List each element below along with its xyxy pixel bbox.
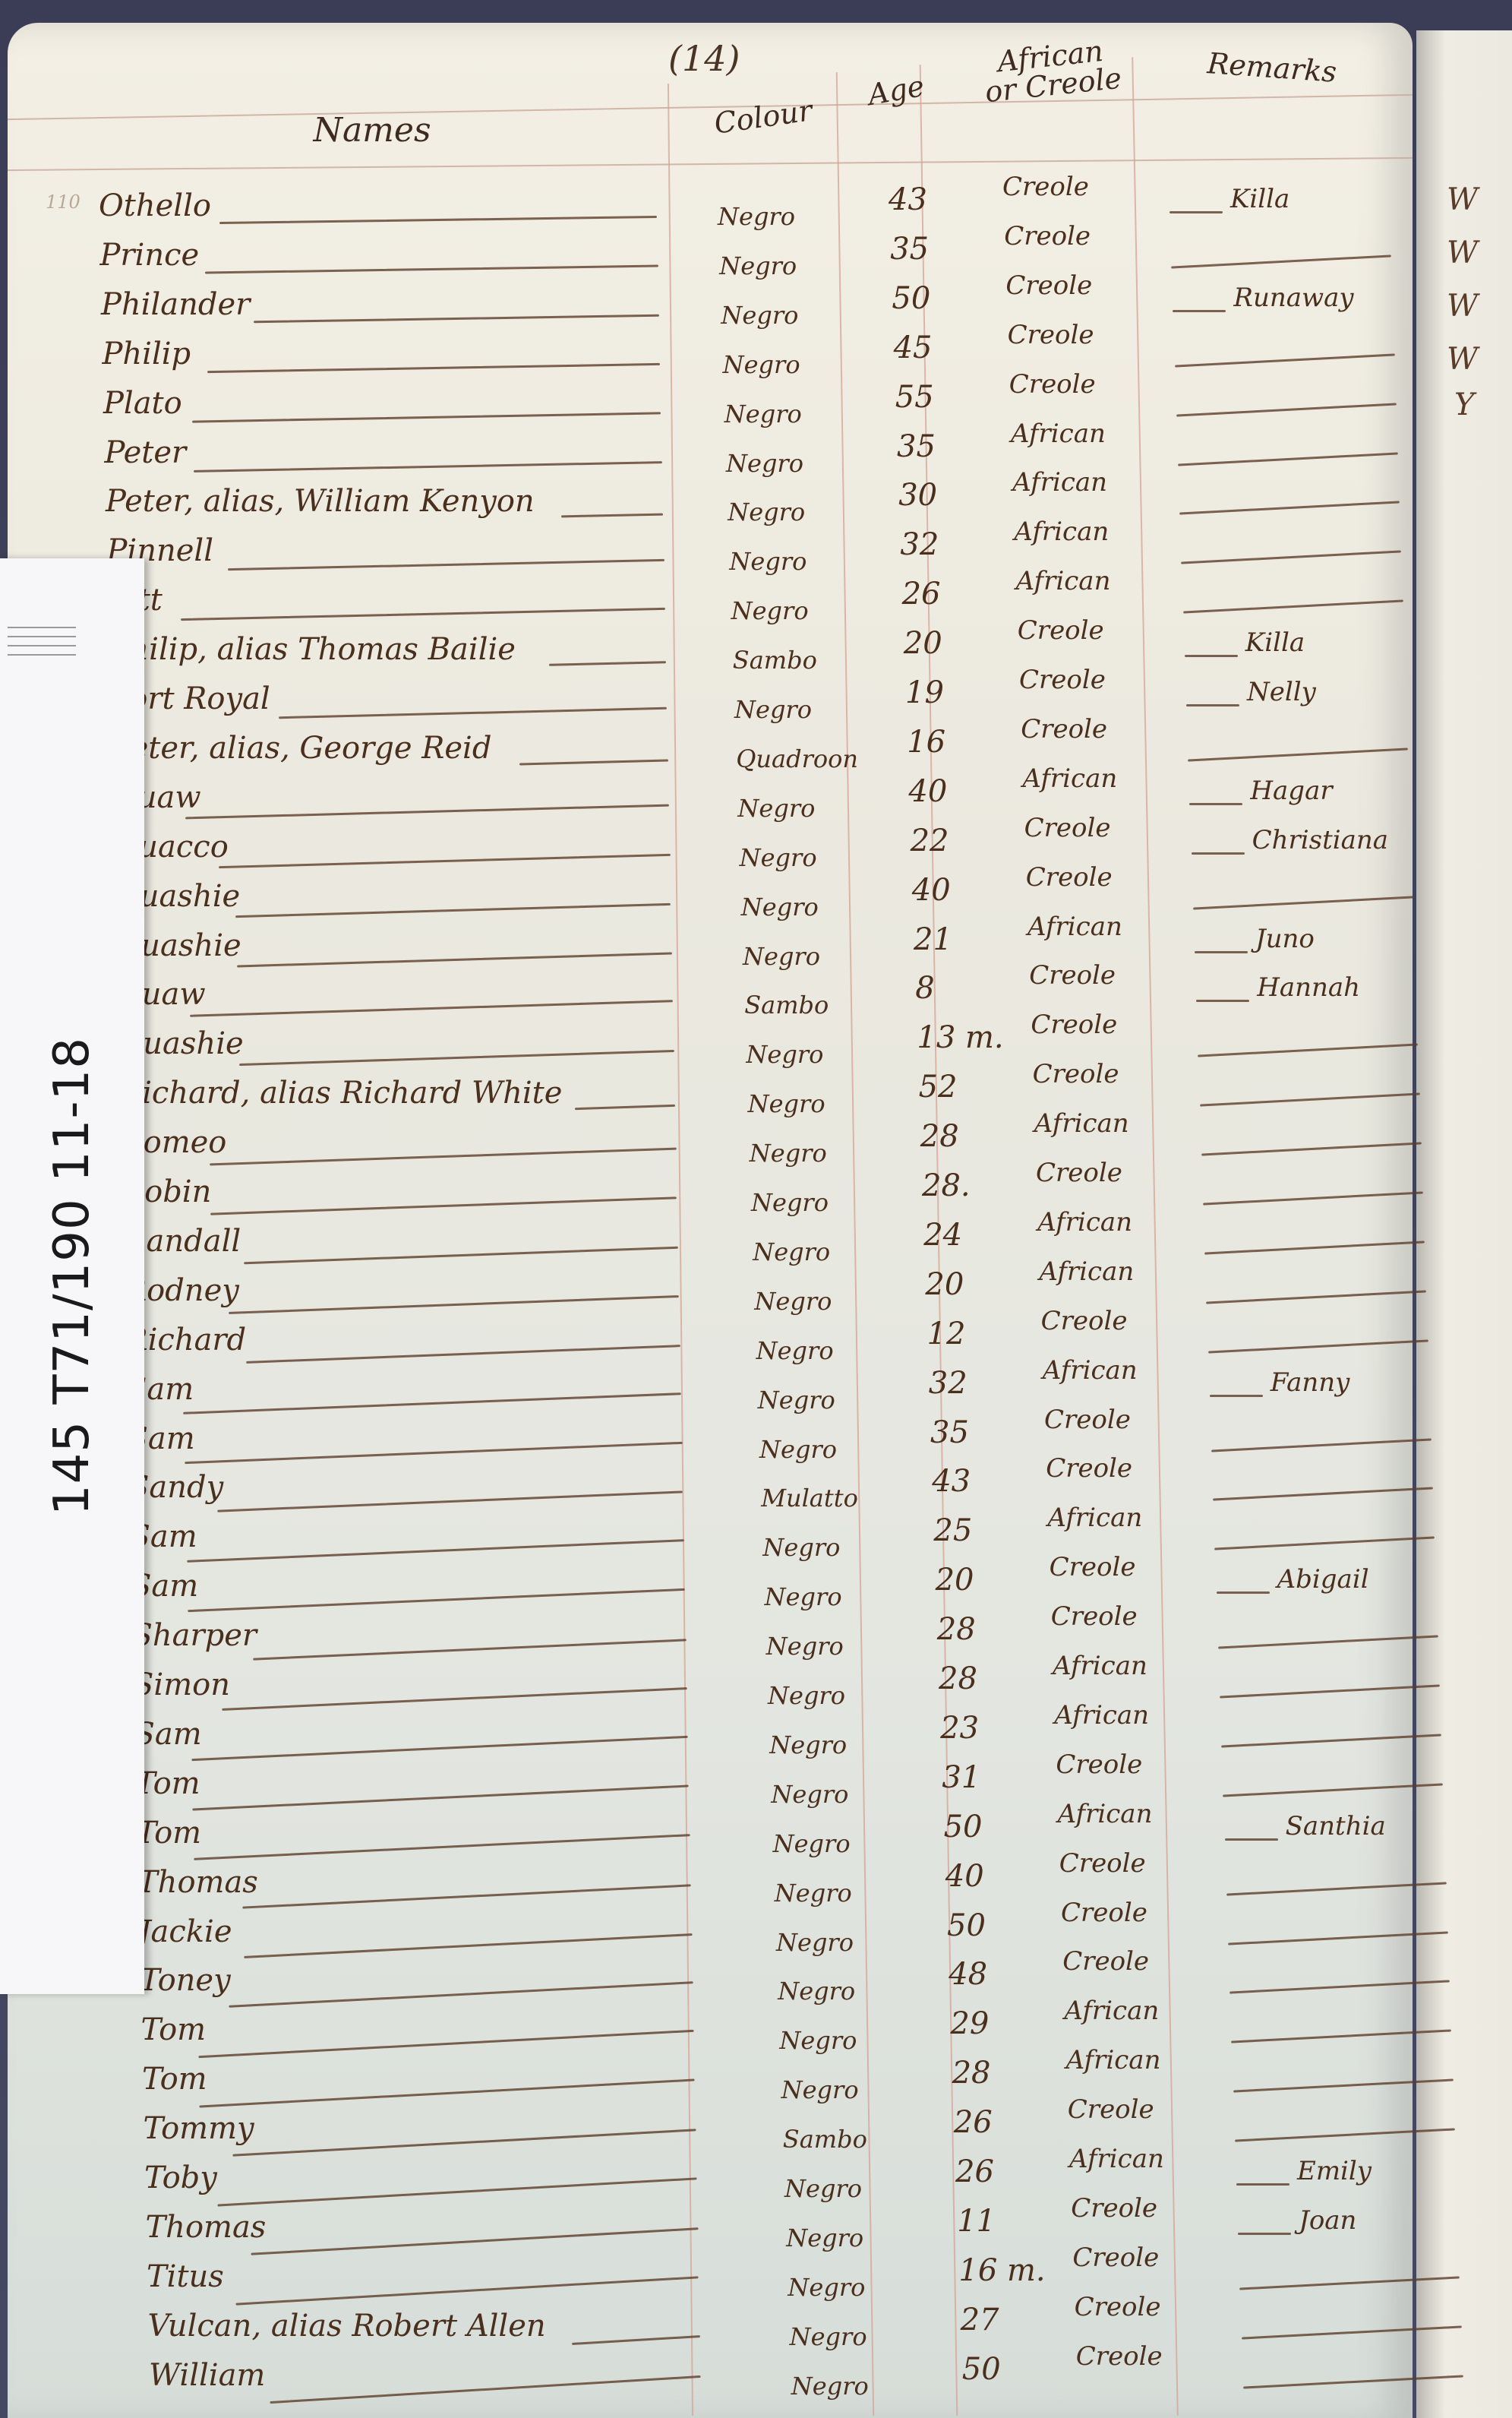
entry-origin: African <box>1016 566 1111 596</box>
name-rule-dash <box>194 1834 690 1860</box>
entry-origin: African <box>1022 763 1117 794</box>
remarks-rule-dash <box>1185 655 1238 657</box>
entry-origin: Creole <box>1041 1306 1128 1336</box>
page-number: (14) <box>668 38 740 79</box>
entry-origin: Creole <box>1031 1010 1117 1040</box>
entry-age: 30 <box>898 478 937 513</box>
remarks-rule-dash <box>1183 600 1403 614</box>
entry-age: 26 <box>954 2105 993 2140</box>
entry-name: Jackie <box>139 1914 232 1949</box>
table-row: Peter, alias, William KenyonNegro30Afric… <box>0 484 1405 533</box>
entry-origin: Creole <box>1021 714 1107 744</box>
table-row: SamNegro25African <box>0 1519 1405 1568</box>
entry-age: 35 <box>930 1415 969 1450</box>
table-row: QuaccoNegro22CreoleChristiana <box>0 830 1405 878</box>
table-row: PinnellNegro32African <box>0 533 1405 582</box>
entry-colour: Negro <box>743 942 820 971</box>
table-row: TomNegro31Creole <box>0 1766 1405 1815</box>
entry-age: 32 <box>900 527 939 562</box>
name-rule-dash <box>572 2335 700 2345</box>
name-rule-dash <box>561 514 663 518</box>
entry-origin: African <box>1034 1108 1129 1139</box>
entry-colour: Negro <box>762 1533 840 1562</box>
name-rule-dash <box>217 1491 683 1512</box>
table-row: TomNegro50AfricanSanthia <box>0 1816 1405 1864</box>
entry-colour: Negro <box>788 2273 865 2302</box>
entry-origin: African <box>1014 517 1109 547</box>
name-rule-dash <box>239 1050 674 1066</box>
entry-origin: Creole <box>1076 2341 1163 2372</box>
facing-page-edge: W W W W Y <box>1416 30 1512 2418</box>
entry-name: Philip, alias Thomas Bailie <box>109 632 516 667</box>
entry-remarks: Emily <box>1297 2156 1372 2186</box>
name-rule-dash <box>207 363 660 373</box>
table-row: SamNegro32AfricanFanny <box>0 1372 1405 1421</box>
entry-colour: Negro <box>740 843 817 872</box>
entry-origin: African <box>1064 1996 1159 2026</box>
table-row: Peter, alias, George ReidQuadroon16Creol… <box>0 731 1405 779</box>
entry-age: 43 <box>889 182 927 217</box>
entry-age: 12 <box>927 1316 966 1351</box>
remarks-rule-dash <box>1193 896 1413 909</box>
entry-age: 27 <box>961 2303 999 2337</box>
entry-age: 48 <box>949 1957 987 1992</box>
remarks-rule-dash <box>1195 951 1248 953</box>
entry-colour: Negro <box>731 596 809 625</box>
remarks-rule-dash <box>1225 1838 1278 1841</box>
entry-origin: Creole <box>1061 1898 1147 1928</box>
name-rule-dash <box>246 1345 680 1364</box>
entry-colour: Negro <box>746 1040 823 1069</box>
entry-origin: Creole <box>1004 221 1091 251</box>
entry-origin: Creole <box>1075 2292 1161 2322</box>
remarks-rule-dash <box>1192 852 1245 855</box>
name-rule-dash <box>191 1736 688 1761</box>
entry-colour: Negro <box>776 1928 854 1957</box>
remarks-rule-dash <box>1198 1044 1419 1057</box>
remarks-rule-dash <box>1171 254 1391 268</box>
entry-age: 28 <box>952 2056 991 2091</box>
entry-origin: Creole <box>1051 1601 1138 1632</box>
entry-age: 28. <box>922 1168 971 1203</box>
entry-age: 50 <box>944 1810 983 1844</box>
entry-colour: Negro <box>721 301 798 330</box>
table-row: RichardNegro12Creole <box>0 1323 1405 1371</box>
entry-age: 45 <box>894 330 933 365</box>
name-rule-dash <box>229 1295 679 1314</box>
remarks-rule-dash <box>1213 1487 1433 1501</box>
table-row: JackieNegro50Creole <box>0 1914 1405 1963</box>
name-rule-dash <box>254 314 659 324</box>
entry-colour: Negro <box>765 1582 842 1611</box>
remarks-rule-dash <box>1182 551 1402 564</box>
archive-label: 145 T71/190 11-18 <box>0 558 144 1994</box>
entry-colour: Negro <box>728 498 805 526</box>
name-rule-dash <box>251 2227 698 2255</box>
table-row: ToneyNegro48Creole <box>0 1963 1405 2012</box>
entry-colour: Negro <box>748 1089 825 1118</box>
entry-colour: Negro <box>758 1386 835 1414</box>
table-row: PittNegro26African <box>0 583 1405 631</box>
entry-colour: Negro <box>723 350 800 379</box>
entry-remarks: Hagar <box>1250 776 1332 806</box>
entry-colour: Negro <box>741 893 819 921</box>
remarks-rule-dash <box>1236 2183 1289 2186</box>
entry-origin: Creole <box>1008 320 1094 350</box>
remarks-rule-dash <box>1238 2233 1291 2235</box>
entry-age: 25 <box>933 1513 972 1548</box>
entry-origin: African <box>1069 2144 1164 2174</box>
name-rule-dash <box>242 1884 690 1908</box>
name-rule-dash <box>235 902 671 917</box>
remarks-rule-dash <box>1200 1093 1420 1107</box>
entry-remarks: Killa <box>1245 627 1305 658</box>
entry-remarks: Santhia <box>1286 1811 1386 1841</box>
remarks-rule-dash <box>1201 1143 1422 1156</box>
entry-age: 20 <box>904 626 942 661</box>
table-row: RomeoNegro28African <box>0 1125 1405 1174</box>
entry-age: 16 m. <box>958 2253 1045 2288</box>
entry-age: 40 <box>912 873 951 908</box>
entry-name: Sharper <box>132 1618 257 1653</box>
entry-age: 24 <box>923 1218 962 1253</box>
entry-age: 43 <box>932 1464 971 1499</box>
table-row: ThomasNegro11CreoleJoan <box>0 2210 1405 2258</box>
name-rule-dash <box>198 2030 694 2058</box>
entry-origin: African <box>1027 912 1122 942</box>
column-header-names: Names <box>273 114 471 147</box>
table-row: SandyMulatto43Creole <box>0 1470 1405 1519</box>
label-tick-marks <box>8 627 84 663</box>
entry-name: Peter <box>105 435 187 470</box>
table-row: QuawSambo8CreoleHannah <box>0 977 1405 1026</box>
entry-colour: Negro <box>750 1139 827 1168</box>
entry-origin: Creole <box>1044 1405 1131 1435</box>
entry-origin: Creole <box>1005 270 1092 301</box>
remarks-rule-dash <box>1170 211 1223 213</box>
entry-age: 26 <box>902 577 941 612</box>
facing-page-fragment: W <box>1447 342 1478 377</box>
entry-colour: Negro <box>726 449 803 478</box>
entry-origin: African <box>1039 1256 1134 1287</box>
remarks-rule-dash <box>1207 1290 1427 1304</box>
table-row: TitusNegro16 m.Creole <box>0 2259 1405 2308</box>
name-rule-dash <box>194 461 662 473</box>
table-row: SamNegro23African <box>0 1717 1405 1765</box>
entry-origin: Creole <box>1019 665 1106 695</box>
entry-age: 11 <box>957 2204 996 2239</box>
entry-colour: Negro <box>781 2075 859 2104</box>
entry-origin: Creole <box>1062 1946 1149 1977</box>
entry-colour: Sambo <box>733 646 817 675</box>
remarks-rule-dash <box>1215 1537 1435 1550</box>
entry-origin: Creole <box>1059 1848 1146 1879</box>
remarks-rule-dash <box>1211 1438 1432 1452</box>
table-row: RodneyNegro20African <box>0 1273 1405 1322</box>
entry-age: 50 <box>892 281 930 316</box>
entry-origin: Creole <box>1009 369 1096 400</box>
entry-age: 28 <box>937 1612 976 1647</box>
entry-age: 23 <box>940 1711 979 1746</box>
entry-colour: Negro <box>771 1780 848 1809</box>
table-row: PlatoNegro55Creole <box>0 386 1405 435</box>
entry-colour: Negro <box>751 1188 829 1217</box>
name-rule-dash <box>192 412 661 422</box>
entry-age: 19 <box>905 675 944 710</box>
remarks-rule-dash <box>1203 1191 1423 1205</box>
entry-age: 28 <box>920 1119 959 1154</box>
entry-origin: Creole <box>1068 2094 1154 2125</box>
entry-colour: Mulatto <box>761 1484 858 1512</box>
entry-age: 8 <box>915 971 934 1006</box>
entry-origin: Creole <box>1029 960 1116 991</box>
entry-colour: Negro <box>753 1237 830 1266</box>
entry-colour: Negro <box>778 1977 855 2006</box>
remarks-rule-dash <box>1188 748 1408 761</box>
table-row: WilliamNegro50Creole <box>0 2358 1405 2407</box>
name-rule-dash <box>219 853 671 868</box>
remarks-rule-dash <box>1173 310 1226 312</box>
entry-age: 32 <box>929 1366 967 1401</box>
entry-remarks: Christiana <box>1252 825 1388 855</box>
entry-name: Othello <box>99 188 211 223</box>
table-row: PeterNegro35African <box>0 435 1405 484</box>
entry-colour: Sambo <box>783 2125 867 2154</box>
name-rule-dash <box>192 1784 689 1810</box>
entry-name: Tom <box>141 2012 207 2047</box>
name-rule-dash <box>279 707 667 719</box>
table-row: TomNegro28African <box>0 2062 1405 2110</box>
entry-colour: Negro <box>759 1435 837 1464</box>
entry-age: 35 <box>890 232 929 267</box>
entry-origin: Creole <box>1046 1453 1132 1484</box>
entry-origin: African <box>1058 1799 1153 1829</box>
name-rule-dash <box>183 1392 680 1414</box>
facing-page-fragment: Y <box>1454 387 1474 422</box>
name-rule-dash <box>237 952 672 967</box>
entry-remarks: Runaway <box>1233 283 1353 313</box>
entry-name: Toney <box>140 1963 231 1998</box>
entry-name: Peter, alias, George Reid <box>112 731 492 766</box>
entry-origin: Creole <box>1033 1059 1119 1089</box>
entry-origin: African <box>1012 467 1107 498</box>
entry-origin: Creole <box>1002 172 1089 202</box>
entry-colour: Negro <box>724 400 802 428</box>
name-rule-dash <box>228 559 664 571</box>
entry-age: 50 <box>962 2352 1001 2387</box>
remarks-rule-dash <box>1217 1591 1270 1594</box>
entry-age: 26 <box>955 2154 994 2189</box>
name-rule-dash <box>222 1687 687 1711</box>
entry-age: 35 <box>897 429 936 464</box>
name-rule-dash <box>519 759 668 765</box>
entry-name: William <box>149 2358 265 2393</box>
entry-age: 21 <box>914 922 952 957</box>
name-rule-dash <box>185 804 669 819</box>
entry-colour: Sambo <box>744 991 829 1019</box>
table-row: TobyNegro26AfricanEmily <box>0 2160 1405 2209</box>
entry-age: 16 <box>907 725 945 760</box>
table-row: SharperNegro28Creole <box>0 1618 1405 1667</box>
remarks-rule-dash <box>1210 1395 1263 1397</box>
entry-age: 31 <box>942 1760 980 1795</box>
entry-remarks: Juno <box>1255 924 1315 954</box>
facing-page-fragment: W <box>1447 289 1478 324</box>
entry-origin: Creole <box>1050 1552 1136 1582</box>
name-rule-dash <box>244 1933 692 1958</box>
table-row: OthelloNegro43CreoleKilla <box>0 188 1405 237</box>
entry-colour: Negro <box>766 1632 844 1661</box>
archive-reference: 145 T71/190 11-18 <box>44 1037 100 1516</box>
entry-name: Philander <box>101 287 250 322</box>
entry-name: Vulcan, alias Robert Allen <box>148 2309 546 2344</box>
name-rule-dash <box>219 216 657 224</box>
entry-name: Prince <box>100 238 200 273</box>
name-rule-dash <box>244 1247 678 1265</box>
entry-remarks: Killa <box>1230 184 1289 214</box>
entry-age: 20 <box>925 1267 964 1302</box>
table-row: PhilipNegro45Creole <box>0 337 1405 385</box>
entry-colour: Negro <box>790 2322 867 2351</box>
entry-origin: African <box>1047 1503 1142 1533</box>
name-rule-dash <box>210 1196 677 1215</box>
entry-age: 50 <box>947 1908 986 1943</box>
entry-remarks: Nelly <box>1247 677 1316 707</box>
entry-age: 13 m. <box>917 1020 1003 1055</box>
remarks-rule-dash <box>1196 1000 1249 1002</box>
entry-origin: Creole <box>1056 1749 1142 1780</box>
entry-colour: Negro <box>718 202 795 231</box>
remarks-rule-dash <box>1176 403 1397 416</box>
entry-origin: African <box>1011 419 1106 449</box>
entry-remarks: Abigail <box>1277 1564 1369 1595</box>
remarks-rule-dash <box>1186 704 1239 706</box>
entry-colour: Negro <box>779 2026 857 2055</box>
entry-name: Tom <box>137 1816 202 1851</box>
entry-colour: Negro <box>719 251 797 280</box>
entry-origin: Creole <box>1036 1158 1122 1188</box>
name-rule-dash <box>575 1105 675 1110</box>
entry-name: Peter, alias, William Kenyon <box>106 484 535 519</box>
remarks-rule-dash <box>1178 452 1398 466</box>
entry-name: Thomas <box>146 2210 267 2245</box>
remarks-rule-dash <box>1179 501 1400 515</box>
table-row: SimonNegro28African <box>0 1667 1405 1716</box>
table-row: RobinNegro28.Creole <box>0 1174 1405 1223</box>
entry-age: 29 <box>950 2006 989 2041</box>
table-row: Philip, alias Thomas BailieSambo20Creole… <box>0 632 1405 681</box>
remarks-rule-dash <box>1175 353 1395 367</box>
entry-name: Tom <box>135 1766 200 1801</box>
table-row: QuashieNegro13 m.Creole <box>0 1026 1405 1075</box>
entry-name: Plato <box>103 386 182 421</box>
remarks-rule-dash <box>1204 1241 1425 1254</box>
facing-page-fragment: W <box>1447 182 1478 217</box>
table-row: Vulcan, alias Robert AllenNegro27Creole <box>0 2309 1405 2357</box>
entry-name: Toby <box>144 2160 217 2195</box>
table-row: RandallNegro24African <box>0 1224 1405 1272</box>
entry-colour: Negro <box>737 794 815 823</box>
table-row: Richard, alias Richard WhiteNegro52Creol… <box>0 1076 1405 1124</box>
remarks-rule-dash <box>1208 1339 1428 1353</box>
entry-age: 52 <box>919 1070 958 1105</box>
entry-age: 20 <box>936 1563 974 1598</box>
table-row: QuawNegro40AfricanHagar <box>0 780 1405 829</box>
entry-age: 28 <box>939 1661 977 1696</box>
entry-colour: Negro <box>734 695 812 724</box>
entry-colour: Negro <box>791 2372 869 2401</box>
entry-name: Thomas <box>137 1865 258 1900</box>
table-row: Port RoyalNegro19CreoleNelly <box>0 681 1405 730</box>
name-rule-dash <box>199 2079 694 2108</box>
entry-name: Tom <box>142 2062 207 2097</box>
remarks-rule-dash <box>1189 803 1242 805</box>
entry-remarks: Joan <box>1299 2205 1356 2236</box>
entry-colour: Negro <box>769 1731 847 1759</box>
name-rule-dash <box>548 661 665 666</box>
entry-origin: African <box>1066 2045 1161 2075</box>
name-rule-dash <box>205 264 658 273</box>
entry-colour: Quadroon <box>736 744 858 773</box>
entry-colour: Negro <box>754 1287 832 1316</box>
entry-colour: Negro <box>756 1336 834 1365</box>
name-rule-dash <box>188 1588 684 1612</box>
entry-origin: African <box>1043 1355 1138 1386</box>
entry-name: Tommy <box>144 2111 254 2146</box>
entry-origin: African <box>1053 1651 1147 1681</box>
entry-name: Simon <box>133 1667 230 1702</box>
entry-colour: Negro <box>729 547 807 576</box>
entry-origin: African <box>1037 1207 1132 1237</box>
entry-origin: Creole <box>1026 862 1113 893</box>
table-row: SamNegro35Creole <box>0 1421 1405 1470</box>
name-rule-dash <box>229 1982 693 2009</box>
name-rule-dash <box>217 2177 696 2206</box>
table-row: TommySambo26Creole <box>0 2111 1405 2160</box>
entry-age: 22 <box>911 823 949 858</box>
entry-age: 55 <box>895 380 934 415</box>
facing-page-fragment: W <box>1447 235 1478 270</box>
name-rule-dash <box>253 1639 686 1660</box>
name-rule-dash <box>232 2129 696 2156</box>
table-row: PrinceNegro35Creole <box>0 238 1405 286</box>
entry-colour: Negro <box>768 1681 845 1710</box>
entry-age: 40 <box>945 1859 984 1894</box>
entry-remarks: Fanny <box>1271 1367 1350 1398</box>
entry-name: Philip <box>103 337 191 371</box>
table-row: PhilanderNegro50CreoleRunaway <box>0 287 1405 336</box>
entry-origin: Creole <box>1018 615 1104 646</box>
name-rule-dash <box>190 1000 673 1018</box>
table-row: SamNegro20CreoleAbigail <box>0 1569 1405 1617</box>
entry-name: Richard, alias Richard White <box>119 1076 562 1111</box>
entry-name: Titus <box>147 2259 224 2294</box>
name-rule-dash <box>185 1441 682 1463</box>
table-row: TomNegro29African <box>0 2012 1405 2061</box>
entry-colour: Negro <box>775 1879 852 1908</box>
name-rule-dash <box>235 2276 699 2305</box>
entry-origin: Creole <box>1071 2193 1157 2224</box>
table-row: QuashieNegro21AfricanJuno <box>0 928 1405 977</box>
entry-colour: Negro <box>786 2224 863 2252</box>
name-rule-dash <box>210 1148 676 1166</box>
name-rule-dash <box>270 2375 700 2404</box>
entry-origin: Creole <box>1024 813 1111 843</box>
entry-colour: Negro <box>784 2174 862 2203</box>
entry-origin: Creole <box>1072 2243 1159 2273</box>
name-rule-dash <box>187 1539 684 1563</box>
entry-colour: Negro <box>773 1829 851 1858</box>
